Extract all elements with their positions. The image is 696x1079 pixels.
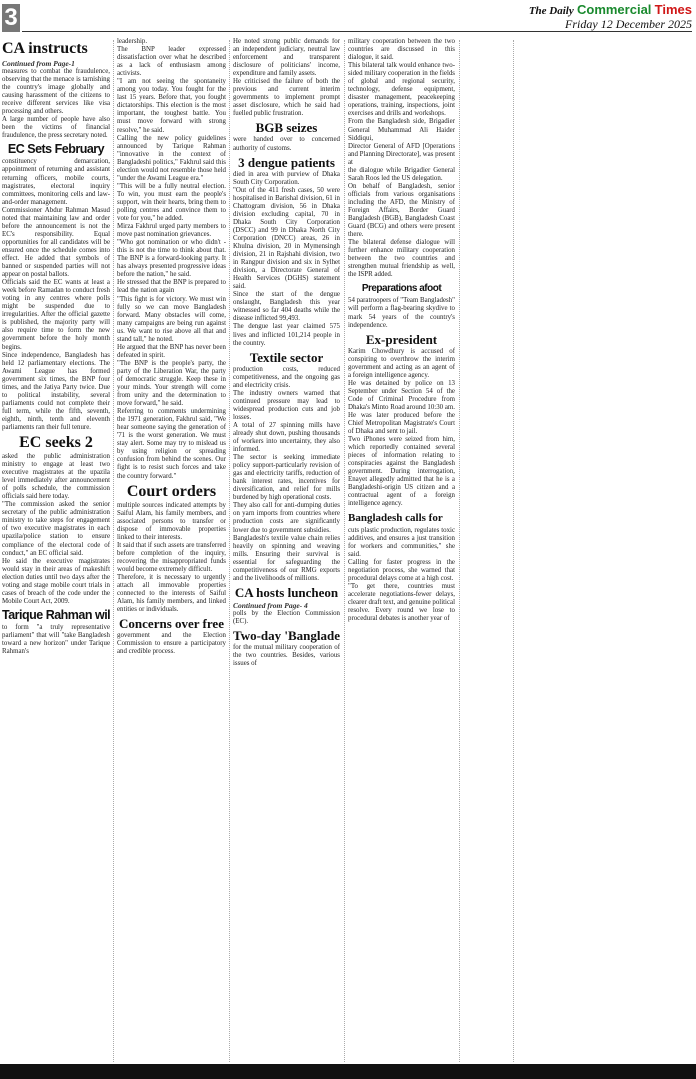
article-paragraph: "I am not seeing the spontaneity among y… (117, 78, 226, 134)
article-paragraph: were handed over to concerned authority … (233, 136, 340, 152)
article-paragraph: It said that if such assets are transfer… (117, 542, 226, 574)
article-paragraph: to form "a truly representative parliame… (2, 624, 110, 656)
article-paragraph: He stressed that the BNP is prepared to … (117, 279, 226, 295)
headline-preparations-afoot: Preparations afoot (348, 281, 455, 296)
issue-date: Friday 12 December 2025 (565, 17, 692, 32)
article-paragraph: 54 paratroopers of "Team Bangladesh" wil… (348, 297, 455, 329)
headline-bgb-seizes: BGB seizes (233, 120, 340, 135)
article-paragraph: Director General of AFD [Operations and … (348, 143, 455, 167)
article-paragraph: multiple sources indicated attempts by S… (117, 502, 226, 542)
article-paragraph: "This fight is for victory. We must win … (117, 296, 226, 344)
article-paragraph: He said the executive magistrates would … (2, 558, 110, 606)
article-paragraph: Therefore, it is necessary to urgently a… (117, 574, 226, 614)
article-paragraph: asked the public administration ministry… (2, 453, 110, 501)
article-paragraph: leadership. (117, 38, 226, 46)
headline-ec-sets-february: EC Sets February (2, 142, 110, 157)
article-paragraph: The sector is seeking immediate policy s… (233, 454, 340, 502)
article-paragraph: Karim Chowdhury is accused of conspiring… (348, 348, 455, 380)
article-paragraph: Mirza Fakhrul urged party members to mov… (117, 223, 226, 239)
headline-ex-president: Ex-president (348, 332, 455, 347)
article-paragraph: production costs, reduced competitivenes… (233, 366, 340, 390)
article-paragraph: He criticised the failure of both the pr… (233, 78, 340, 118)
article-paragraph: the dialogue while Brigadier General Sar… (348, 167, 455, 183)
article-paragraph: A total of 27 spinning mills have alread… (233, 422, 340, 454)
headline-tarique-rahman: Tarique Rahman will (2, 608, 110, 623)
headline-ca-hosts-luncheon: CA hosts luncheon (233, 585, 340, 600)
article-paragraph: polls by the Election Commission (EC). (233, 610, 340, 626)
article-paragraph: "Who got nomination or who didn't - this… (117, 239, 226, 279)
article-paragraph: died in area with purview of Dhaka South… (233, 171, 340, 187)
headline-textile-sector: Textile sector (233, 350, 340, 365)
paper-word-times: Times (655, 2, 692, 17)
headline-bangladesh-calls-for: Bangladesh calls for (348, 511, 455, 526)
article-paragraph: The BNP leader expressed dissatisfaction… (117, 46, 226, 78)
article-paragraph: Referring to comments undermining the 19… (117, 408, 226, 480)
column-divider (229, 40, 230, 1062)
column-3: He noted strong public demands for an in… (233, 38, 340, 1064)
article-paragraph: He noted strong public demands for an in… (233, 38, 340, 78)
article-paragraph: "This will be a fully neutral election. … (117, 183, 226, 223)
article-paragraph: "To get there, countries must accelerate… (348, 583, 455, 623)
column-divider (113, 40, 114, 1062)
article-paragraph: Since the start of the dengue onslaught,… (233, 291, 340, 323)
article-paragraph: Bangladesh's textile value chain relies … (233, 535, 340, 583)
headline-two-day-bangladesh: Two-day 'Bangladesh (233, 628, 340, 643)
paper-word-commercial: Commercial (577, 2, 651, 17)
headline-ec-seeks-2: EC seeks 2 (2, 434, 110, 452)
article-paragraph: They also call for anti-dumping duties o… (233, 502, 340, 534)
article-paragraph: Since independence, Bangladesh has held … (2, 352, 110, 432)
article-paragraph: He was detained by police on 13 Septembe… (348, 380, 455, 436)
article-paragraph: government and the Election Commission t… (117, 632, 226, 656)
article-paragraph: From the Bangladesh side, Brigadier Gene… (348, 118, 455, 142)
column-divider (459, 40, 460, 1062)
article-paragraph: On behalf of Bangladesh, senior official… (348, 183, 455, 239)
column-divider (344, 40, 345, 1062)
article-paragraph: measures to combat the fraudulence, obse… (2, 68, 110, 116)
article-paragraph: The bilateral defense dialogue will furt… (348, 239, 455, 279)
article-paragraph: Officials said the EC wants at least a w… (2, 279, 110, 351)
headline-concerns-over-free: Concerns over free (117, 616, 226, 631)
article-paragraph: The dengue last year claimed 575 lives a… (233, 323, 340, 347)
article-paragraph: constituency demarcation, appointment of… (2, 158, 110, 206)
article-paragraph: "The BNP is the people's party, the part… (117, 360, 226, 408)
article-paragraph: This bilateral talk would enhance two-si… (348, 62, 455, 118)
article-paragraph: for the mutual military cooperation of t… (233, 644, 340, 668)
column-4: military cooperation between the two cou… (348, 38, 455, 1064)
column-divider (513, 40, 514, 1062)
headline-ca-instructs: CA instructs (2, 40, 110, 58)
paper-name: The Daily Commercial Times (529, 2, 692, 18)
article-paragraph: "The commission asked the senior secreta… (2, 501, 110, 557)
article-paragraph: Calling the new policy guidelines announ… (117, 135, 226, 183)
column-1: CA instructs Continued from Page-1 measu… (2, 38, 110, 1064)
paper-prefix: The Daily (529, 5, 574, 17)
article-paragraph: "Out of the 411 fresh cases, 50 were hos… (233, 187, 340, 292)
continued-label: Continued from Page- 4 (233, 601, 340, 610)
continued-label: Continued from Page-1 (2, 59, 110, 68)
article-paragraph: military cooperation between the two cou… (348, 38, 455, 62)
headline-court-orders: Court orders (117, 483, 226, 501)
page-number: 3 (2, 4, 20, 32)
article-paragraph: He argued that the BNP has never been de… (117, 344, 226, 360)
article-paragraph: cuts plastic production, regulates toxic… (348, 527, 455, 559)
footer-bar (0, 1064, 696, 1079)
article-paragraph: The industry owners warned that continue… (233, 390, 340, 422)
headline-dengue-patients: 3 dengue patients (233, 155, 340, 170)
article-paragraph: Commissioner Abdur Rahman Masud noted th… (2, 207, 110, 279)
article-paragraph: Two iPhones were seized from him, which … (348, 436, 455, 508)
article-paragraph: Calling for faster progress in the negot… (348, 559, 455, 583)
column-2: leadership. The BNP leader expressed dis… (117, 38, 226, 1064)
article-paragraph: A large number of people have also been … (2, 116, 110, 140)
